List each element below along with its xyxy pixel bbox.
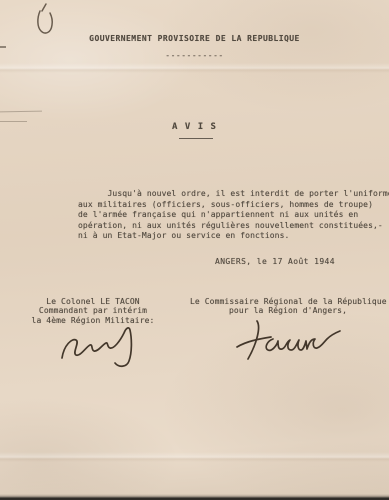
body-line: opération, ni aux unités régulières nouv…: [78, 221, 380, 232]
signature-jacquier: [233, 313, 361, 365]
paper-crease: [0, 452, 389, 462]
signature-le-tacon: [55, 318, 173, 374]
notice-title-underline: [179, 138, 213, 139]
scratch-mark: [0, 111, 42, 113]
notice-title: A V I S: [0, 122, 389, 132]
left-signatory-role: Commandant par intérim: [16, 306, 170, 315]
dateline: ANGERS, le 17 Août 1944: [215, 257, 335, 266]
pen-mark-icon: [30, 2, 64, 38]
right-signatory-title: Le Commissaire Régional de la République: [190, 297, 386, 306]
body-line: Jusqu'à nouvel ordre, il est interdit de…: [78, 189, 380, 200]
body-paragraph: Jusqu'à nouvel ordre, il est interdit de…: [78, 189, 380, 242]
body-line: de l'armée française qui n'appartiennent…: [78, 210, 380, 221]
document-header: GOUVERNEMENT PROVISOIRE DE LA REPUBLIQUE: [0, 34, 389, 43]
left-signatory-title: Le Colonel LE TACON: [16, 297, 170, 306]
header-rule: -----------: [0, 51, 389, 60]
scanned-document: GOUVERNEMENT PROVISOIRE DE LA REPUBLIQUE…: [0, 0, 389, 500]
scan-edge: [0, 494, 389, 500]
body-line: ni à un Etat-Major ou service en fonctio…: [78, 231, 380, 242]
paper-crease: [0, 63, 389, 73]
ink-speck: [0, 46, 6, 48]
body-line: aux militaires (officiers, sous-officier…: [78, 200, 380, 211]
